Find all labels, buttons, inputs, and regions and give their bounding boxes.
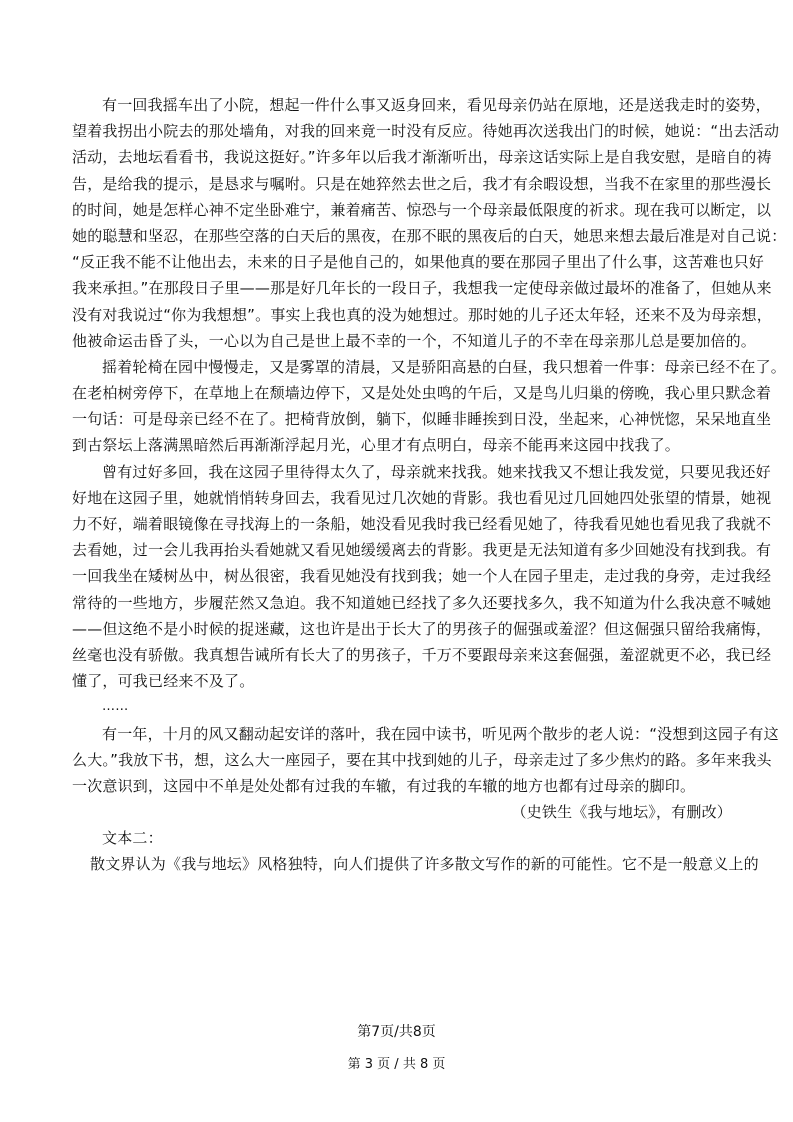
ellipsis: …… bbox=[72, 694, 732, 720]
text-line: 到古祭坛上落满黑暗然后再渐渐浮起月光，心里才有点明白，母亲不能再来这园中找我了。 bbox=[72, 432, 732, 458]
text-line: 丝毫也没有骄傲。我真想告诫所有长大了的男孩子，千万不要跟母亲来这套倔强，羞涩就更… bbox=[72, 642, 732, 668]
text-line: 常待的一些地方，步履茫然又急迫。我不知道她已经找了多久还要找多久，我不知道为什么… bbox=[72, 590, 732, 616]
text-line: 在老柏树旁停下，在草地上在颓墙边停下，又是处处虫鸣的午后，又是鸟儿归巢的傍晚，我… bbox=[72, 380, 732, 406]
text-line: 好地在这园子里，她就悄悄转身回去，我看见过几次她的背影。我也看见过几回她四处张望… bbox=[72, 485, 732, 511]
text-line: 懂了，可我已经来不及了。 bbox=[72, 668, 732, 694]
section-label: 文本二： bbox=[72, 825, 732, 851]
text-line: 没有对我说过“你为我想想”。事实上我也真的没为她想过。那时她的儿子还太年轻，还来… bbox=[72, 302, 732, 328]
text-line: 望着我拐出小院去的那处墙角，对我的回来竟一时没有反应。待她再次送我出门的时候，她… bbox=[72, 118, 732, 144]
document-page: 有一回我摇车出了小院，想起一件什么事又返身回来，看见母亲仍站在原地，还是送我走时… bbox=[72, 92, 732, 878]
text-line: 么大。”我放下书，想，这么大一座园子，要在其中找到她的儿子，母亲走过了多少焦灼的… bbox=[72, 747, 732, 773]
outer-page-number: 第 3 页 / 共 8 页 bbox=[0, 1056, 793, 1074]
text-line: ——但这绝不是小时候的捉迷藏，这也许是出于长大了的男孩子的倔强或羞涩？但这倔强只… bbox=[72, 616, 732, 642]
paragraph-2: 摇着轮椅在园中慢慢走，又是雾罩的清晨，又是骄阳高悬的白昼，我只想着一件事：母亲已… bbox=[72, 354, 732, 459]
source-attribution: （史铁生《我与地坛》，有删改） bbox=[72, 799, 732, 825]
text-line: 力不好，端着眼镜像在寻找海上的一条船，她没看见我时我已经看见她了，待我看见她也看… bbox=[72, 511, 732, 537]
text-line: 一回我坐在矮树丛中，树丛很密，我看见她没有找到我；她一个人在园子里走，走过我的身… bbox=[72, 563, 732, 589]
text-line: 她的聪慧和坚忍，在那些空落的白天后的黑夜，在那不眠的黑夜后的白天，她思来想去最后… bbox=[72, 223, 732, 249]
text-line: 有一年，十月的风又翻动起安详的落叶，我在园中读书，听见两个散步的老人说：“没想到… bbox=[72, 721, 732, 747]
text-line: 我来承担。”在那段日子里——那是好几年长的一段日子，我想我一定使母亲做过最坏的准… bbox=[72, 275, 732, 301]
text-line: 一句话：可是母亲已经不在了。把椅背放倒，躺下，似睡非睡挨到日没，坐起来，心神恍惚… bbox=[72, 406, 732, 432]
inner-page-number: 第7页/共8页 bbox=[0, 1023, 793, 1041]
text-line: 的时间，她是怎样心神不定坐卧难宁，兼着痛苦、惊恐与一个母亲最低限度的祈求。现在我… bbox=[72, 197, 732, 223]
text-line: 去看她，过一会儿我再抬头看她就又看见她缓缓离去的背影。我更是无法知道有多少回她没… bbox=[72, 537, 732, 563]
paragraph-1: 有一回我摇车出了小院，想起一件什么事又返身回来，看见母亲仍站在原地，还是送我走时… bbox=[72, 92, 732, 354]
text-line: “反正我不能不让他出去，未来的日子是他自己的，如果他真的要在那园子里出了什么事，… bbox=[72, 249, 732, 275]
text-line: 他被命运击昏了头，一心以为自己是世上最不幸的一个，不知道儿子的不幸在母亲那儿总是… bbox=[72, 328, 732, 354]
text-line: 摇着轮椅在园中慢慢走，又是雾罩的清晨，又是骄阳高悬的白昼，我只想着一件事：母亲已… bbox=[72, 354, 732, 380]
section-first-line: 散文界认为《我与地坛》风格独特，向人们提供了许多散文写作的新的可能性。它不是一般… bbox=[72, 851, 732, 877]
text-line: 有一回我摇车出了小院，想起一件什么事又返身回来，看见母亲仍站在原地，还是送我走时… bbox=[72, 92, 732, 118]
paragraph-4: 有一年，十月的风又翻动起安详的落叶，我在园中读书，听见两个散步的老人说：“没想到… bbox=[72, 721, 732, 800]
text-line: 一次意识到，这园中不单是处处都有过我的车辙，有过我的车辙的地方也都有过母亲的脚印… bbox=[72, 773, 732, 799]
paragraph-3: 曾有过好多回，我在这园子里待得太久了，母亲就来找我。她来找我又不想让我发觉，只要… bbox=[72, 459, 732, 695]
text-line: 曾有过好多回，我在这园子里待得太久了，母亲就来找我。她来找我又不想让我发觉，只要… bbox=[72, 459, 732, 485]
text-line: 活动，去地坛看看书，我说这挺好。”许多年以后我才渐渐听出，母亲这话实际上是自我安… bbox=[72, 144, 732, 170]
text-line: 告，是给我的提示，是恳求与嘱咐。只是在她猝然去世之后，我才有余暇设想，当我不在家… bbox=[72, 171, 732, 197]
